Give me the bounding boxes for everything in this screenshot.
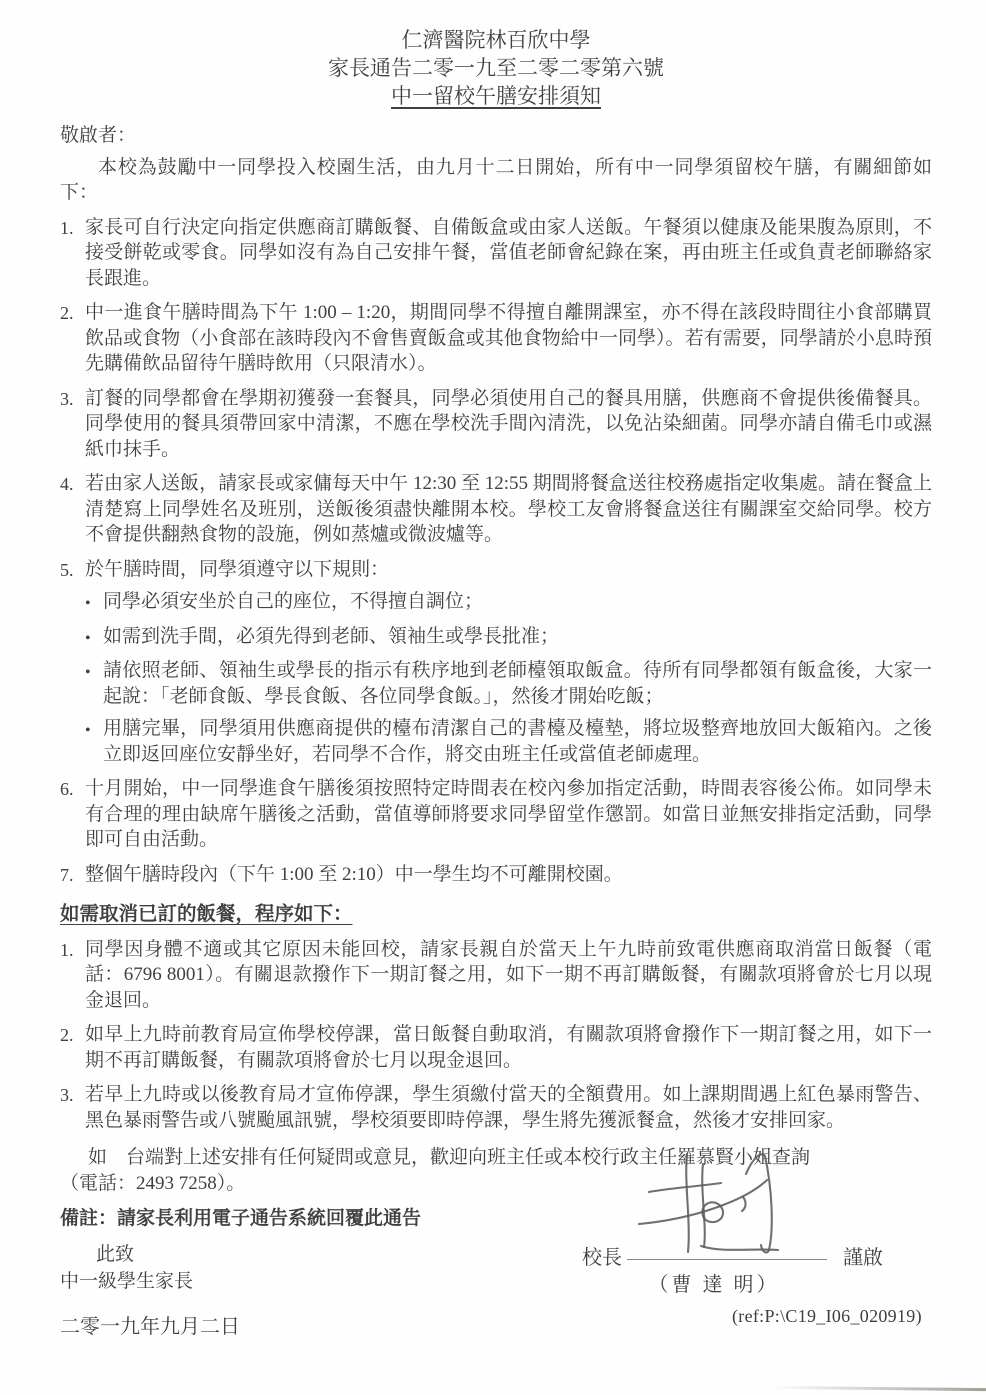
rule-body: 於午膳時間，同學須遵守以下規則： • 同學必須安坐於自己的座位，不得擅自調位； … [85,557,932,768]
principal-signature [615,1140,815,1265]
rule-number: 3. [60,386,85,463]
rule-item-6: 6. 十月開始，中一同學進食午膳後須按照特定時間表在校內參加指定活動，時間表容後… [60,776,932,853]
respectfully-label: 謹啟 [843,1241,883,1270]
rule-text: 同學因身體不適或其它原因未能回校，請家長親自於當天上午九時前致電供應商取消當日飯… [85,937,932,1014]
rule-text: 若早上九時或以後教育局才宣佈停課，學生須繳付當天的全額費用。如上課期間遇上紅色暴… [85,1082,932,1133]
principal-label: 校長 [582,1241,622,1270]
signature-line [627,1259,827,1260]
rule-text: 十月開始，中一同學進食午膳後須按照特定時間表在校內參加指定活動，時間表容後公佈。… [85,776,932,853]
bullet-text: 同學必須安坐於自己的座位，不得擅自調位； [103,589,932,617]
bullet-icon: • [85,716,103,767]
rule-number: 2. [60,300,85,377]
scan-artifact [772,1386,986,1391]
rule-item-3: 3. 訂餐的同學都會在學期初獲發一套餐具，同學必須使用自己的餐具用膳，供應商不會… [60,386,932,463]
rule-number: 4. [60,471,85,548]
rule-text: 於午膳時間，同學須遵守以下規則： [85,557,932,583]
rule-text: 家長可自行決定向指定供應商訂購飯餐、自備飯盒或由家人送飯。午餐須以健康及能果腹為… [85,215,932,292]
rule-item-2: 2. 中一進食午膳時間為下午 1:00 – 1:20，期間同學不得擅自離開課室，… [60,300,932,377]
rule-number: 1. [60,937,85,1014]
lunch-rule-bullet-4: • 用膳完畢，同學須用供應商提供的檯布清潔自己的書檯及檯墊，將垃圾整齊地放回大飯… [85,716,932,767]
rule-number: 2. [60,1022,85,1073]
bullet-text: 如需到洗手間，必須先得到老師、領袖生或學長批准； [103,624,932,652]
lunch-rule-bullet-3: • 請依照老師、領袖生或學長的指示有秩序地到老師檯領取飯盒。待所有同學都領有飯盒… [85,658,932,709]
rule-text: 若由家人送飯，請家長或家傭每天中午 12:30 至 12:55 期間將餐盒送往校… [85,471,932,548]
school-name: 仁濟醫院林百欣中學 [60,26,932,54]
rule-text: 如早上九時前教育局宣佈學校停課，當日飯餐自動取消，有關款項將會撥作下一期訂餐之用… [85,1022,932,1073]
bullet-text: 請依照老師、領袖生或學長的指示有秩序地到老師檯領取飯盒。待所有同學都領有飯盒後，… [103,658,932,709]
bullet-icon: • [85,589,103,617]
bullet-icon: • [85,658,103,709]
rule-text: 中一進食午膳時間為下午 1:00 – 1:20，期間同學不得擅自離開課室，亦不得… [85,300,932,377]
rule-text: 訂餐的同學都會在學期初獲發一套餐具，同學必須使用自己的餐具用膳，供應商不會提供後… [85,386,932,463]
document-date: 二零一九年九月二日 [60,1310,240,1339]
cancellation-item-1: 1. 同學因身體不適或其它原因未能回校，請家長親自於當天上午九時前致電供應商取消… [60,937,932,1014]
principal-name: （曹 達 明） [614,1268,814,1297]
cancellation-item-3: 3. 若早上九時或以後教育局才宣佈停課，學生須繳付當天的全額費用。如上課期間遇上… [60,1082,932,1133]
rule-item-7: 7. 整個午膳時段內（下午 1:00 至 2:10）中一學生均不可離開校園。 [60,862,932,889]
rule-item-1: 1. 家長可自行決定向指定供應商訂購飯餐、自備飯盒或由家人送飯。午餐須以健康及能… [60,215,932,292]
rule-item-5: 5. 於午膳時間，同學須遵守以下規則： • 同學必須安坐於自己的座位，不得擅自調… [60,557,932,768]
document-reference: (ref:P:\C19_I06_020919) [732,1306,922,1327]
notice-title: 中一留校午膳安排須知 [60,82,932,110]
cancellation-item-2: 2. 如早上九時前教育局宣佈學校停課，當日飯餐自動取消，有關款項將會撥作下一期訂… [60,1022,932,1073]
salutation: 敬啟者： [60,123,932,149]
rule-text: 整個午膳時段內（下午 1:00 至 2:10）中一學生均不可離開校園。 [85,862,932,889]
document-page: 仁濟醫院林百欣中學 家長通告二零一九至二零二零第六號 中一留校午膳安排須知 敬啟… [0,0,986,1395]
bullet-icon: • [85,624,103,652]
rule-number: 7. [60,862,85,889]
bullet-text: 用膳完畢，同學須用供應商提供的檯布清潔自己的書檯及檯墊，將垃圾整齊地放回大飯箱內… [103,716,932,767]
letter-body: 仁濟醫院林百欣中學 家長通告二零一九至二零二零第六號 中一留校午膳安排須知 敬啟… [60,26,932,1295]
rule-number: 3. [60,1082,85,1133]
lunch-rule-bullet-1: • 同學必須安坐於自己的座位，不得擅自調位； [85,589,932,617]
rule-number: 1. [60,215,85,292]
lunch-rule-bullet-2: • 如需到洗手間，必須先得到老師、領袖生或學長批准； [85,624,932,652]
notice-number: 家長通告二零一九至二零二零第六號 [60,54,932,82]
rule-number: 6. [60,776,85,853]
letter-header: 仁濟醫院林百欣中學 家長通告二零一九至二零二零第六號 中一留校午膳安排須知 [60,26,932,110]
intro-paragraph: 本校為鼓勵中一同學投入校園生活，由九月十二日開始，所有中一同學須留校午膳，有關細… [60,155,932,206]
cancellation-heading: 如需取消已訂的飯餐，程序如下： [60,902,932,928]
rule-number: 5. [60,557,85,768]
rule-item-4: 4. 若由家人送飯，請家長或家傭每天中午 12:30 至 12:55 期間將餐盒… [60,471,932,548]
